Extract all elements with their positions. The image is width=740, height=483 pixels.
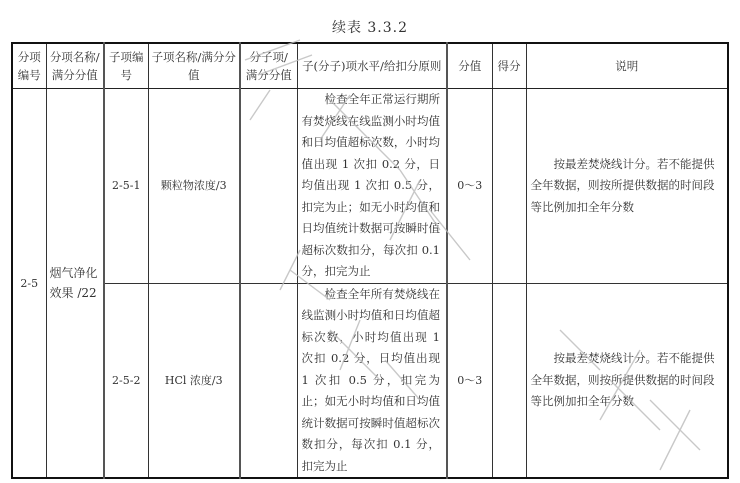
score-range-cell: 0～3 <box>447 283 492 478</box>
notes-text: 按最差焚烧线计分。若不能提供全年数据，则按所提供数据的时间段等比例加扣全年分数 <box>531 157 715 214</box>
criteria-text: 检查全年所有焚烧线在线监测小时均值和日均值超标次数，小时均值出现 1 次扣 0.… <box>302 287 441 473</box>
score-cell <box>492 89 526 284</box>
sub-name-cell: HCl 浓度/3 <box>148 283 240 478</box>
sub-no-cell: 2-5-2 <box>104 283 148 478</box>
scoring-table: 分项编号 分项名称/满分分值 子项编号 子项名称/满分分值 分子项/满分分值 子… <box>11 42 729 479</box>
table-row: 2-5 烟气净化效果 /22 2-5-1 颗粒物浓度/3 检查全年正常运行期所有… <box>12 89 728 284</box>
header-item-no: 分项编号 <box>12 43 46 89</box>
header-score-range: 分值 <box>447 43 492 89</box>
item-no-cell: 2-5 <box>12 89 46 479</box>
header-sub-no: 子项编号 <box>104 43 148 89</box>
header-notes: 说明 <box>526 43 728 89</box>
notes-text: 按最差焚烧线计分。若不能提供全年数据，则按所提供数据的时间段等比例加扣全年分数 <box>531 351 715 408</box>
header-sub-name: 子项名称/满分分值 <box>148 43 240 89</box>
table-caption: 续表 3.3.2 <box>0 17 740 37</box>
header-item-name: 分项名称/满分分值 <box>46 43 104 89</box>
table-row: 2-5-2 HCl 浓度/3 检查全年所有焚烧线在线监测小时均值和日均值超标次数… <box>12 283 728 478</box>
score-range-cell: 0～3 <box>447 89 492 284</box>
notes-cell: 按最差焚烧线计分。若不能提供全年数据，则按所提供数据的时间段等比例加扣全年分数 <box>526 283 728 478</box>
item-name-cell: 烟气净化效果 /22 <box>46 89 104 479</box>
sub-no-cell: 2-5-1 <box>104 89 148 284</box>
subsub-cell <box>240 89 297 284</box>
header-row: 分项编号 分项名称/满分分值 子项编号 子项名称/满分分值 分子项/满分分值 子… <box>12 43 728 89</box>
score-cell <box>492 283 526 478</box>
header-score: 得分 <box>492 43 526 89</box>
sub-name-cell: 颗粒物浓度/3 <box>148 89 240 284</box>
notes-cell: 按最差焚烧线计分。若不能提供全年数据，则按所提供数据的时间段等比例加扣全年分数 <box>526 89 728 284</box>
criteria-text: 检查全年正常运行期所有焚烧线在线监测小时均值和日均值超标次数，小时均值出现 1 … <box>302 92 441 278</box>
criteria-cell: 检查全年所有焚烧线在线监测小时均值和日均值超标次数，小时均值出现 1 次扣 0.… <box>297 283 447 478</box>
subsub-cell <box>240 283 297 478</box>
header-criteria: 子(分子)项水平/给扣分原则 <box>297 43 447 89</box>
header-subsub: 分子项/满分分值 <box>240 43 297 89</box>
criteria-cell: 检查全年正常运行期所有焚烧线在线监测小时均值和日均值超标次数，小时均值出现 1 … <box>297 89 447 284</box>
